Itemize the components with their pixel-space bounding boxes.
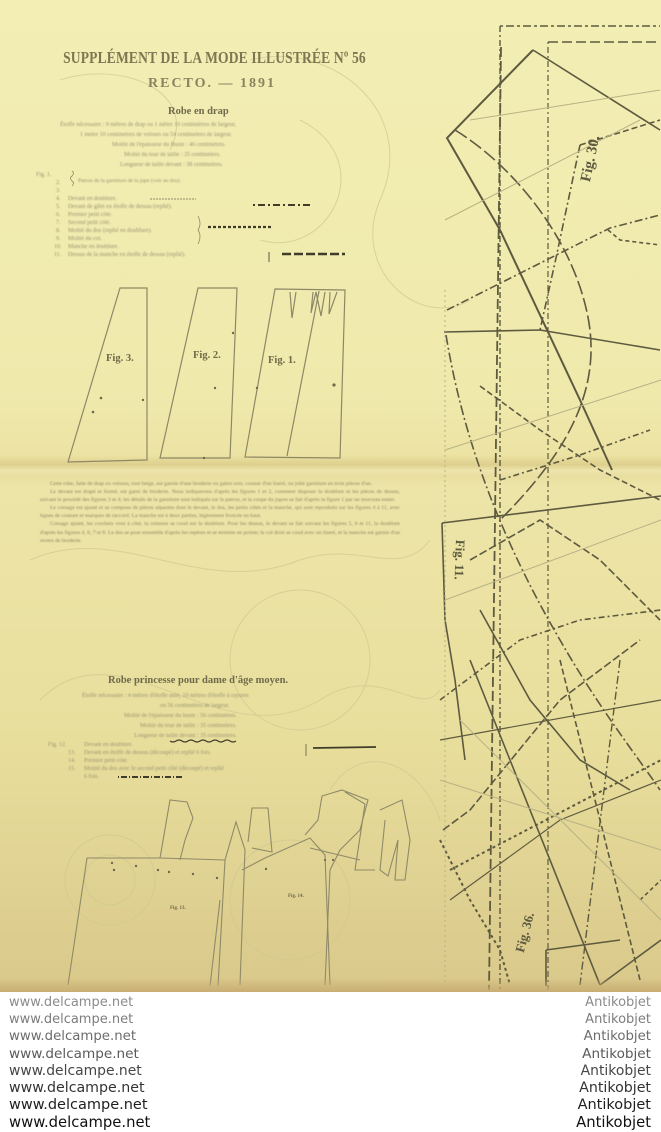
watermark-row: www.delcampe.net Antikobjet: [9, 995, 651, 1010]
watermark-row: www.delcampe.net Antikobjet: [9, 1029, 651, 1044]
watermark-seller: Antikobjet: [582, 1046, 651, 1062]
figure-label: Fig. 14.: [288, 894, 304, 899]
watermark-row: www.delcampe.net Antikobjet: [9, 1063, 651, 1079]
watermark-seller: Antikobjet: [585, 1012, 651, 1027]
watermark-site: www.delcampe.net: [9, 995, 133, 1010]
watermark-site: www.delcampe.net: [9, 1012, 133, 1027]
watermark-seller: Antikobjet: [585, 995, 651, 1010]
watermark-footer: www.delcampe.net Antikobjet www.delcampe…: [0, 993, 661, 1132]
watermark-seller: Antikobjet: [579, 1080, 651, 1096]
watermark-seller: Antikobjet: [581, 1063, 651, 1079]
watermark-row: www.delcampe.net Antikobjet: [9, 1080, 651, 1096]
watermark-row: www.delcampe.net Antikobjet: [9, 1012, 651, 1027]
watermark-seller: Antikobjet: [576, 1114, 651, 1131]
watermark-site: www.delcampe.net: [9, 1097, 148, 1113]
bodice-patterns: [68, 790, 410, 986]
watermark-row: www.delcampe.net Antikobjet: [9, 1046, 651, 1062]
watermark-site: www.delcampe.net: [9, 1046, 139, 1062]
watermark-site: www.delcampe.net: [9, 1063, 142, 1079]
bodice-marks: [111, 859, 334, 879]
watermark-site: www.delcampe.net: [9, 1080, 145, 1096]
watermark-row: www.delcampe.net Antikobjet: [9, 1114, 651, 1131]
watermark-site: www.delcampe.net: [9, 1029, 136, 1044]
watermark-site: www.delcampe.net: [9, 1114, 150, 1131]
watermark-seller: Antikobjet: [584, 1029, 651, 1044]
watermark-seller: Antikobjet: [578, 1097, 651, 1113]
pattern-label: Fig. 11.: [451, 539, 468, 580]
legend2-line-samples: [0, 0, 661, 800]
figure-label: Fig. 13.: [170, 906, 186, 911]
pattern-sheet: SUPPLÉMENT DE LA MODE ILLUSTRÉE Nº 56 RE…: [0, 0, 661, 992]
watermark-row: www.delcampe.net Antikobjet: [9, 1097, 651, 1113]
paper-bottom-edge: [0, 978, 661, 992]
